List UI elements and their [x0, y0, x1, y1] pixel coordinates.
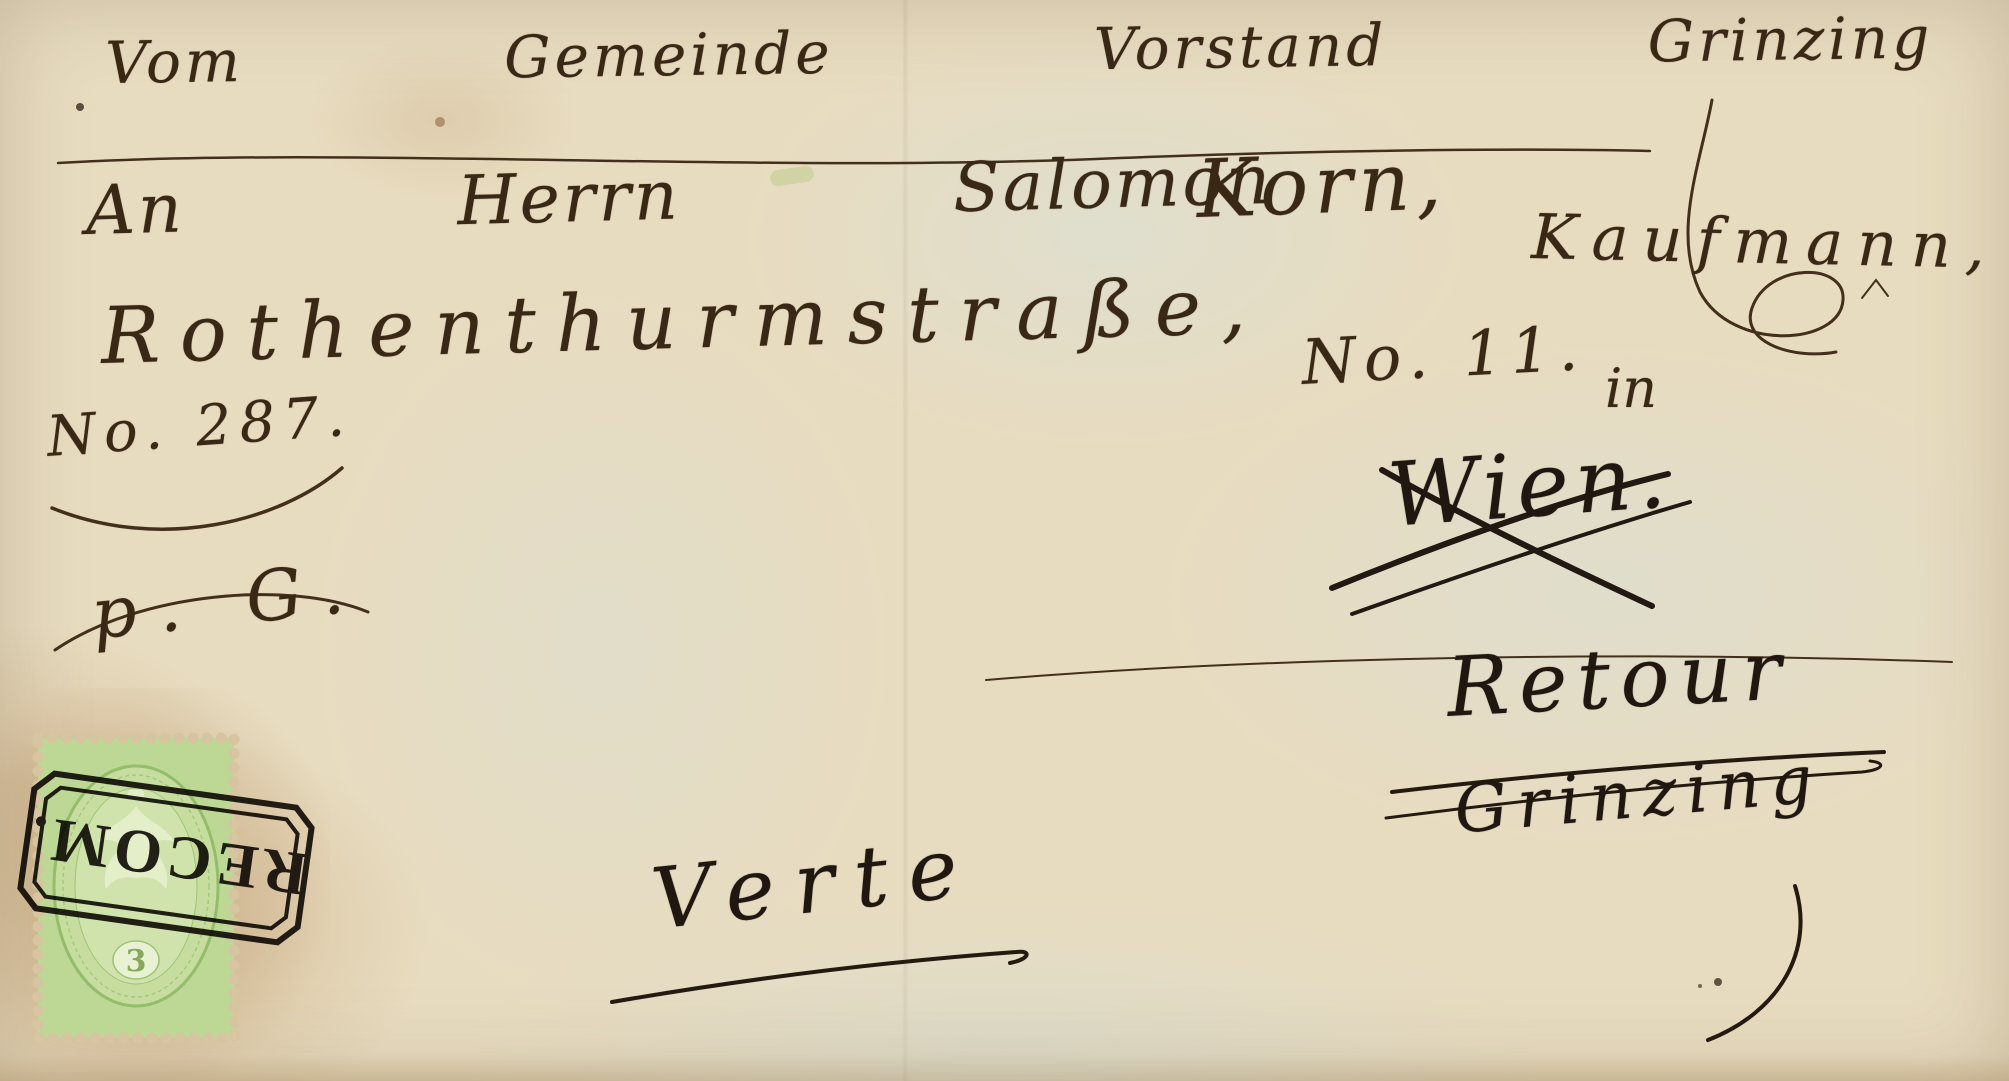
- clerk-initials: p. G.: [88, 551, 369, 649]
- destination-wien-struck: Wien.: [1385, 432, 1674, 540]
- verte-underline: [612, 952, 1027, 1002]
- grinzing-tail: [1708, 886, 1801, 1040]
- registry-underline: [52, 468, 342, 529]
- retour-annotation: Retour: [1445, 630, 1793, 730]
- addressee-surname: Korn,: [1195, 141, 1449, 230]
- addressee-prefix: An Herrn Salomon: [85, 147, 1274, 246]
- envelope-scan: Vom Gemeinde Vorstand Grinzing An Herrn …: [0, 0, 2009, 1081]
- sender-line: Vom Gemeinde Vorstand Grinzing: [105, 8, 1934, 92]
- preposition-in: in: [1605, 362, 1657, 416]
- addressee-occupation: Kaufmann,: [1531, 206, 2000, 278]
- verte-note: Verte: [648, 824, 981, 942]
- return-destination: Grinzing: [1452, 746, 1825, 844]
- stamp-denomination: 3: [126, 944, 147, 979]
- street-line: Rothenthurmstraße,: [100, 268, 1267, 376]
- house-number: No. 11.: [1300, 317, 1587, 394]
- caret-mark: [1862, 280, 1888, 298]
- registry-number: No. 287.: [45, 389, 354, 466]
